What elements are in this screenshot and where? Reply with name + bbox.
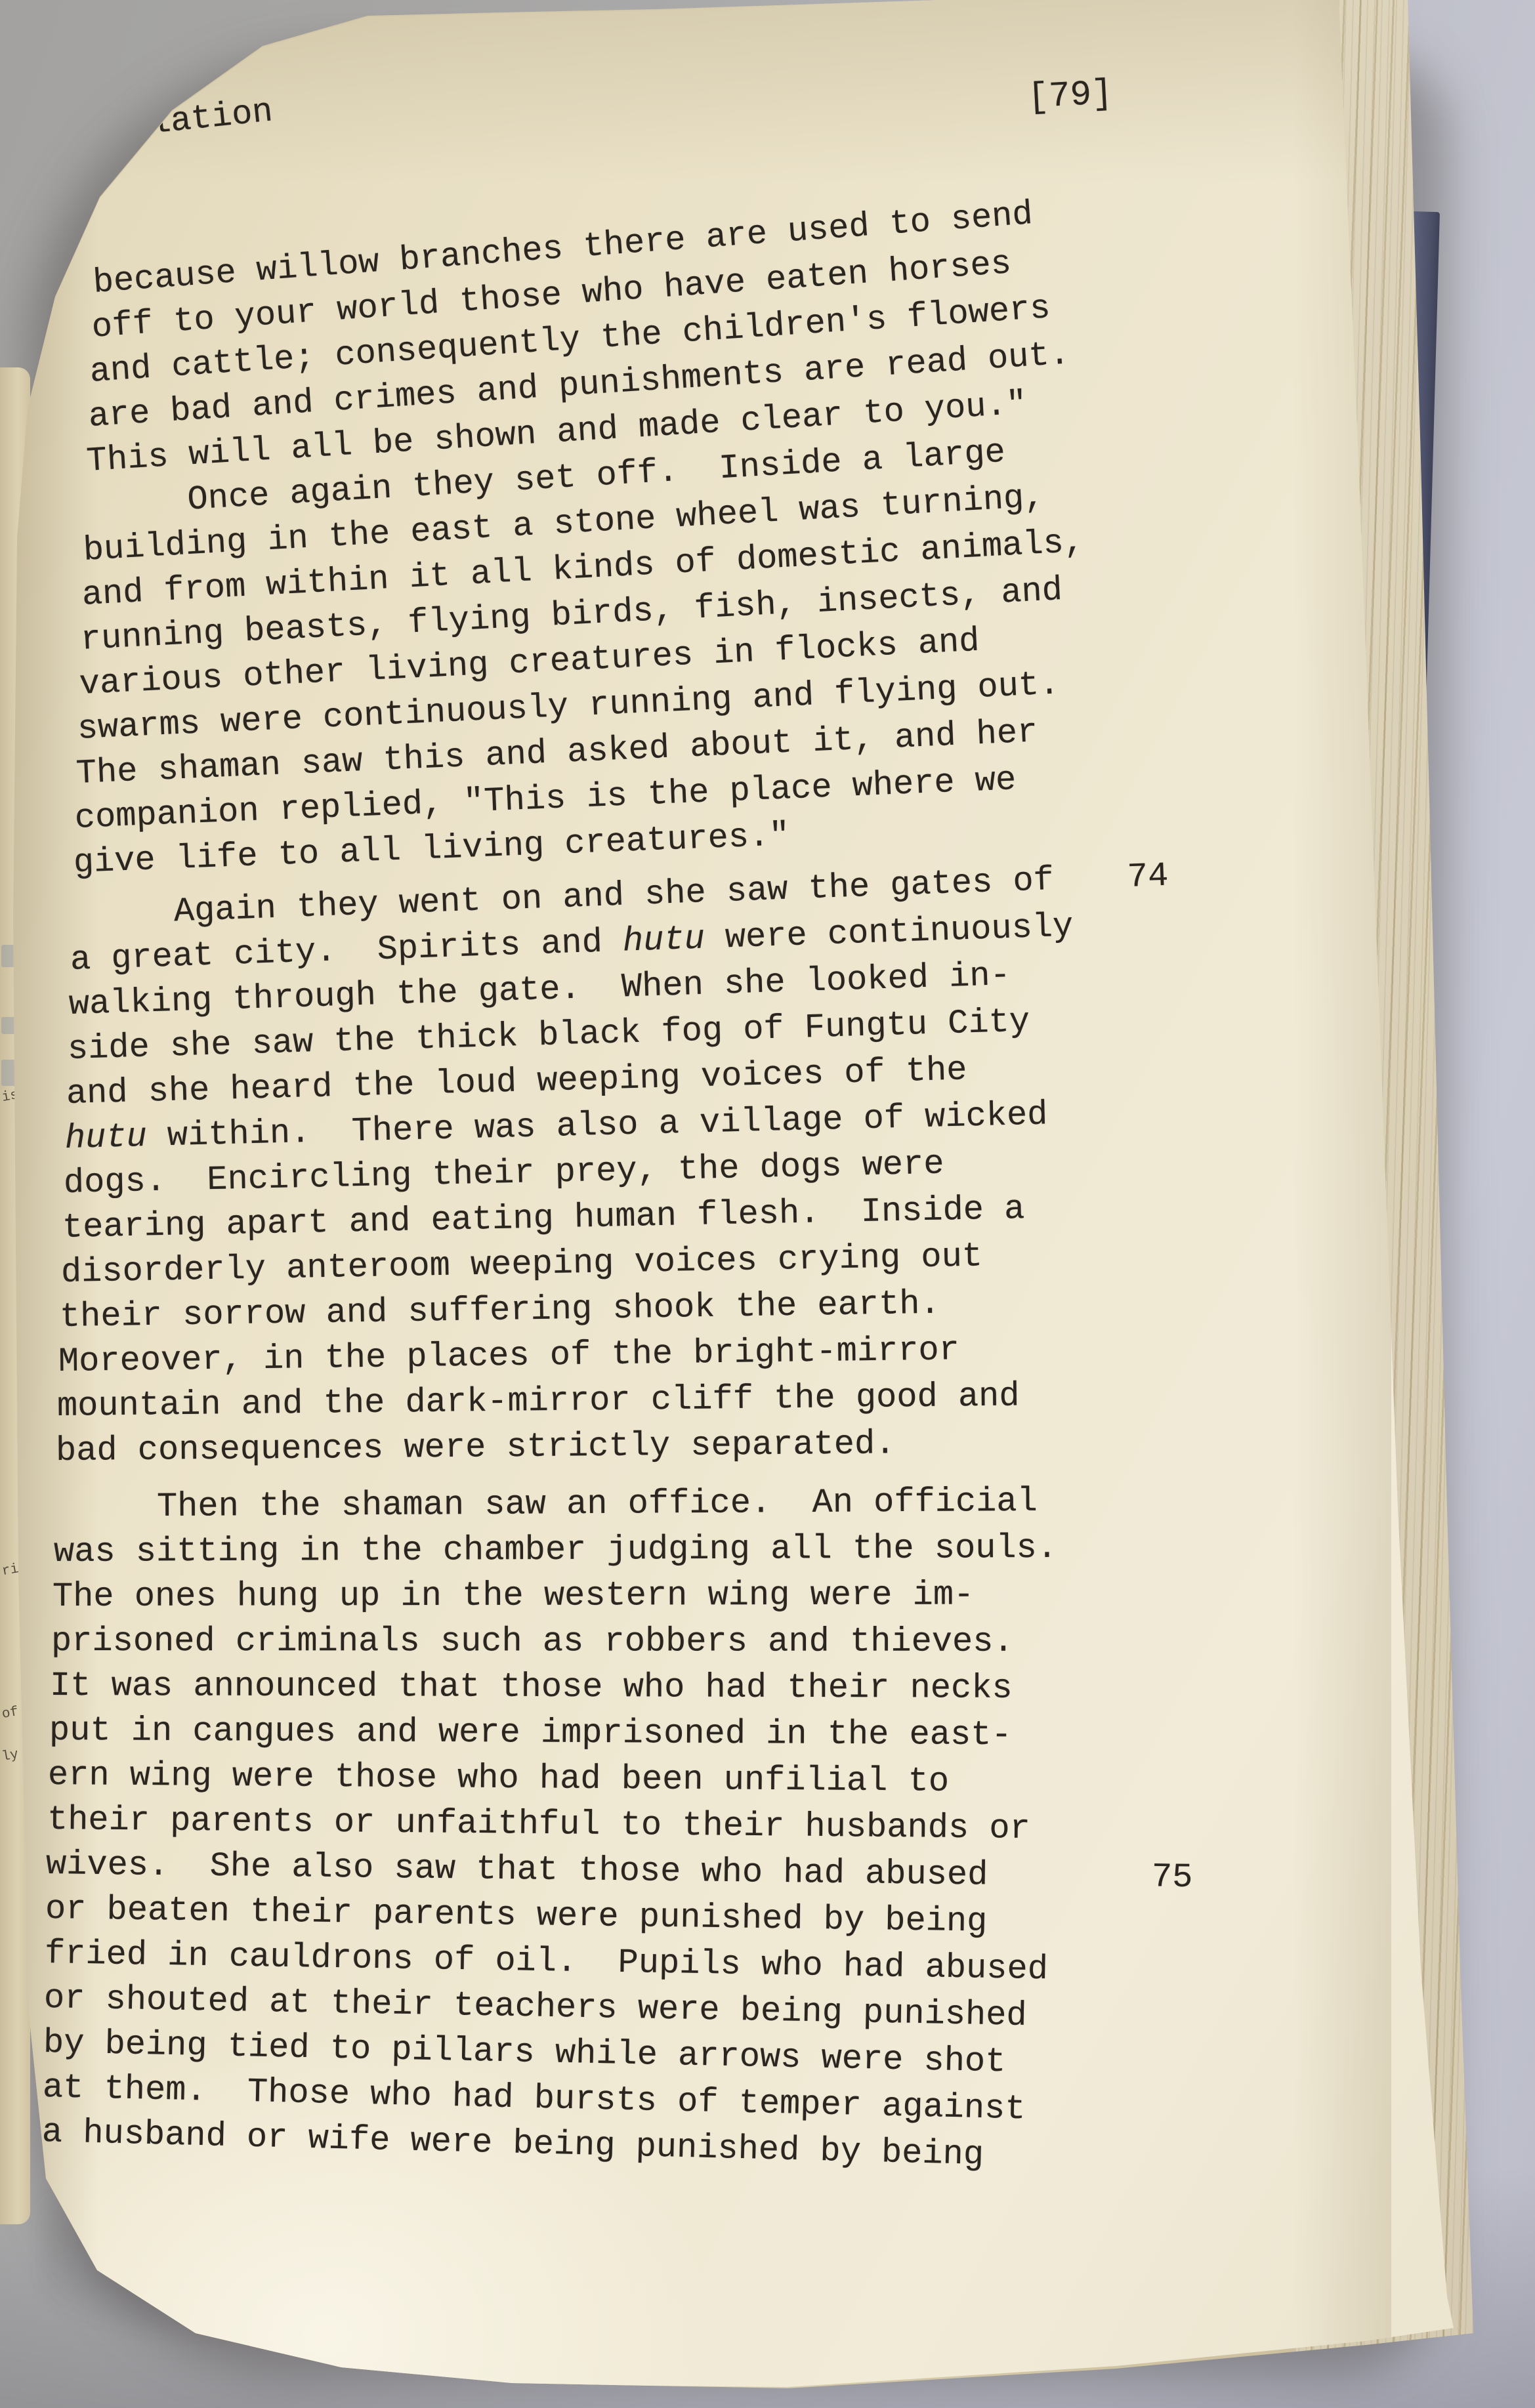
paragraph: Once again they set off. Inside a largeb… xyxy=(0,484,1299,886)
margin-number: 74 xyxy=(1127,854,1169,900)
typewritten-line: Then the shaman saw an office. An offici… xyxy=(54,1478,1299,1530)
paragraph: Then the shaman saw an office. An offici… xyxy=(0,1485,1299,2155)
book-photograph: isringofly Translation [79] because will… xyxy=(0,0,1535,2408)
typewritten-line: The ones hung up in the western wing wer… xyxy=(53,1573,1299,1619)
typewritten-line: It was announced that those who had thei… xyxy=(50,1664,1299,1712)
italic-term: hutu xyxy=(64,1117,147,1158)
typewritten-line: was sitting in the chamber judging all t… xyxy=(54,1525,1299,1575)
typewritten-line: ern wing were those who had been unfilia… xyxy=(48,1753,1299,1807)
typewritten-line: prisoned criminals such as robbers and t… xyxy=(51,1619,1299,1665)
paragraph: Again they went on and she saw the gates… xyxy=(0,894,1299,1474)
typewritten-line: put in cangues and were imprisoned in th… xyxy=(49,1709,1299,1759)
italic-term: hutu xyxy=(622,919,705,961)
page-number: [79] xyxy=(1026,74,1114,119)
edge-text-fragment: of xyxy=(1,1705,20,1722)
top-shading xyxy=(0,0,1477,184)
page-surface: Translation [79] because willow branches… xyxy=(0,0,1477,2408)
margin-number: 75 xyxy=(1151,1855,1192,1900)
typewritten-line: bad consequences were strictly separated… xyxy=(56,1419,1300,1474)
edge-text-fragment: ly xyxy=(1,1747,20,1765)
book-page-block: Translation [79] because willow branches… xyxy=(0,0,1477,2408)
typewritten-text-block: because willow branches there are used t… xyxy=(0,261,1299,2155)
